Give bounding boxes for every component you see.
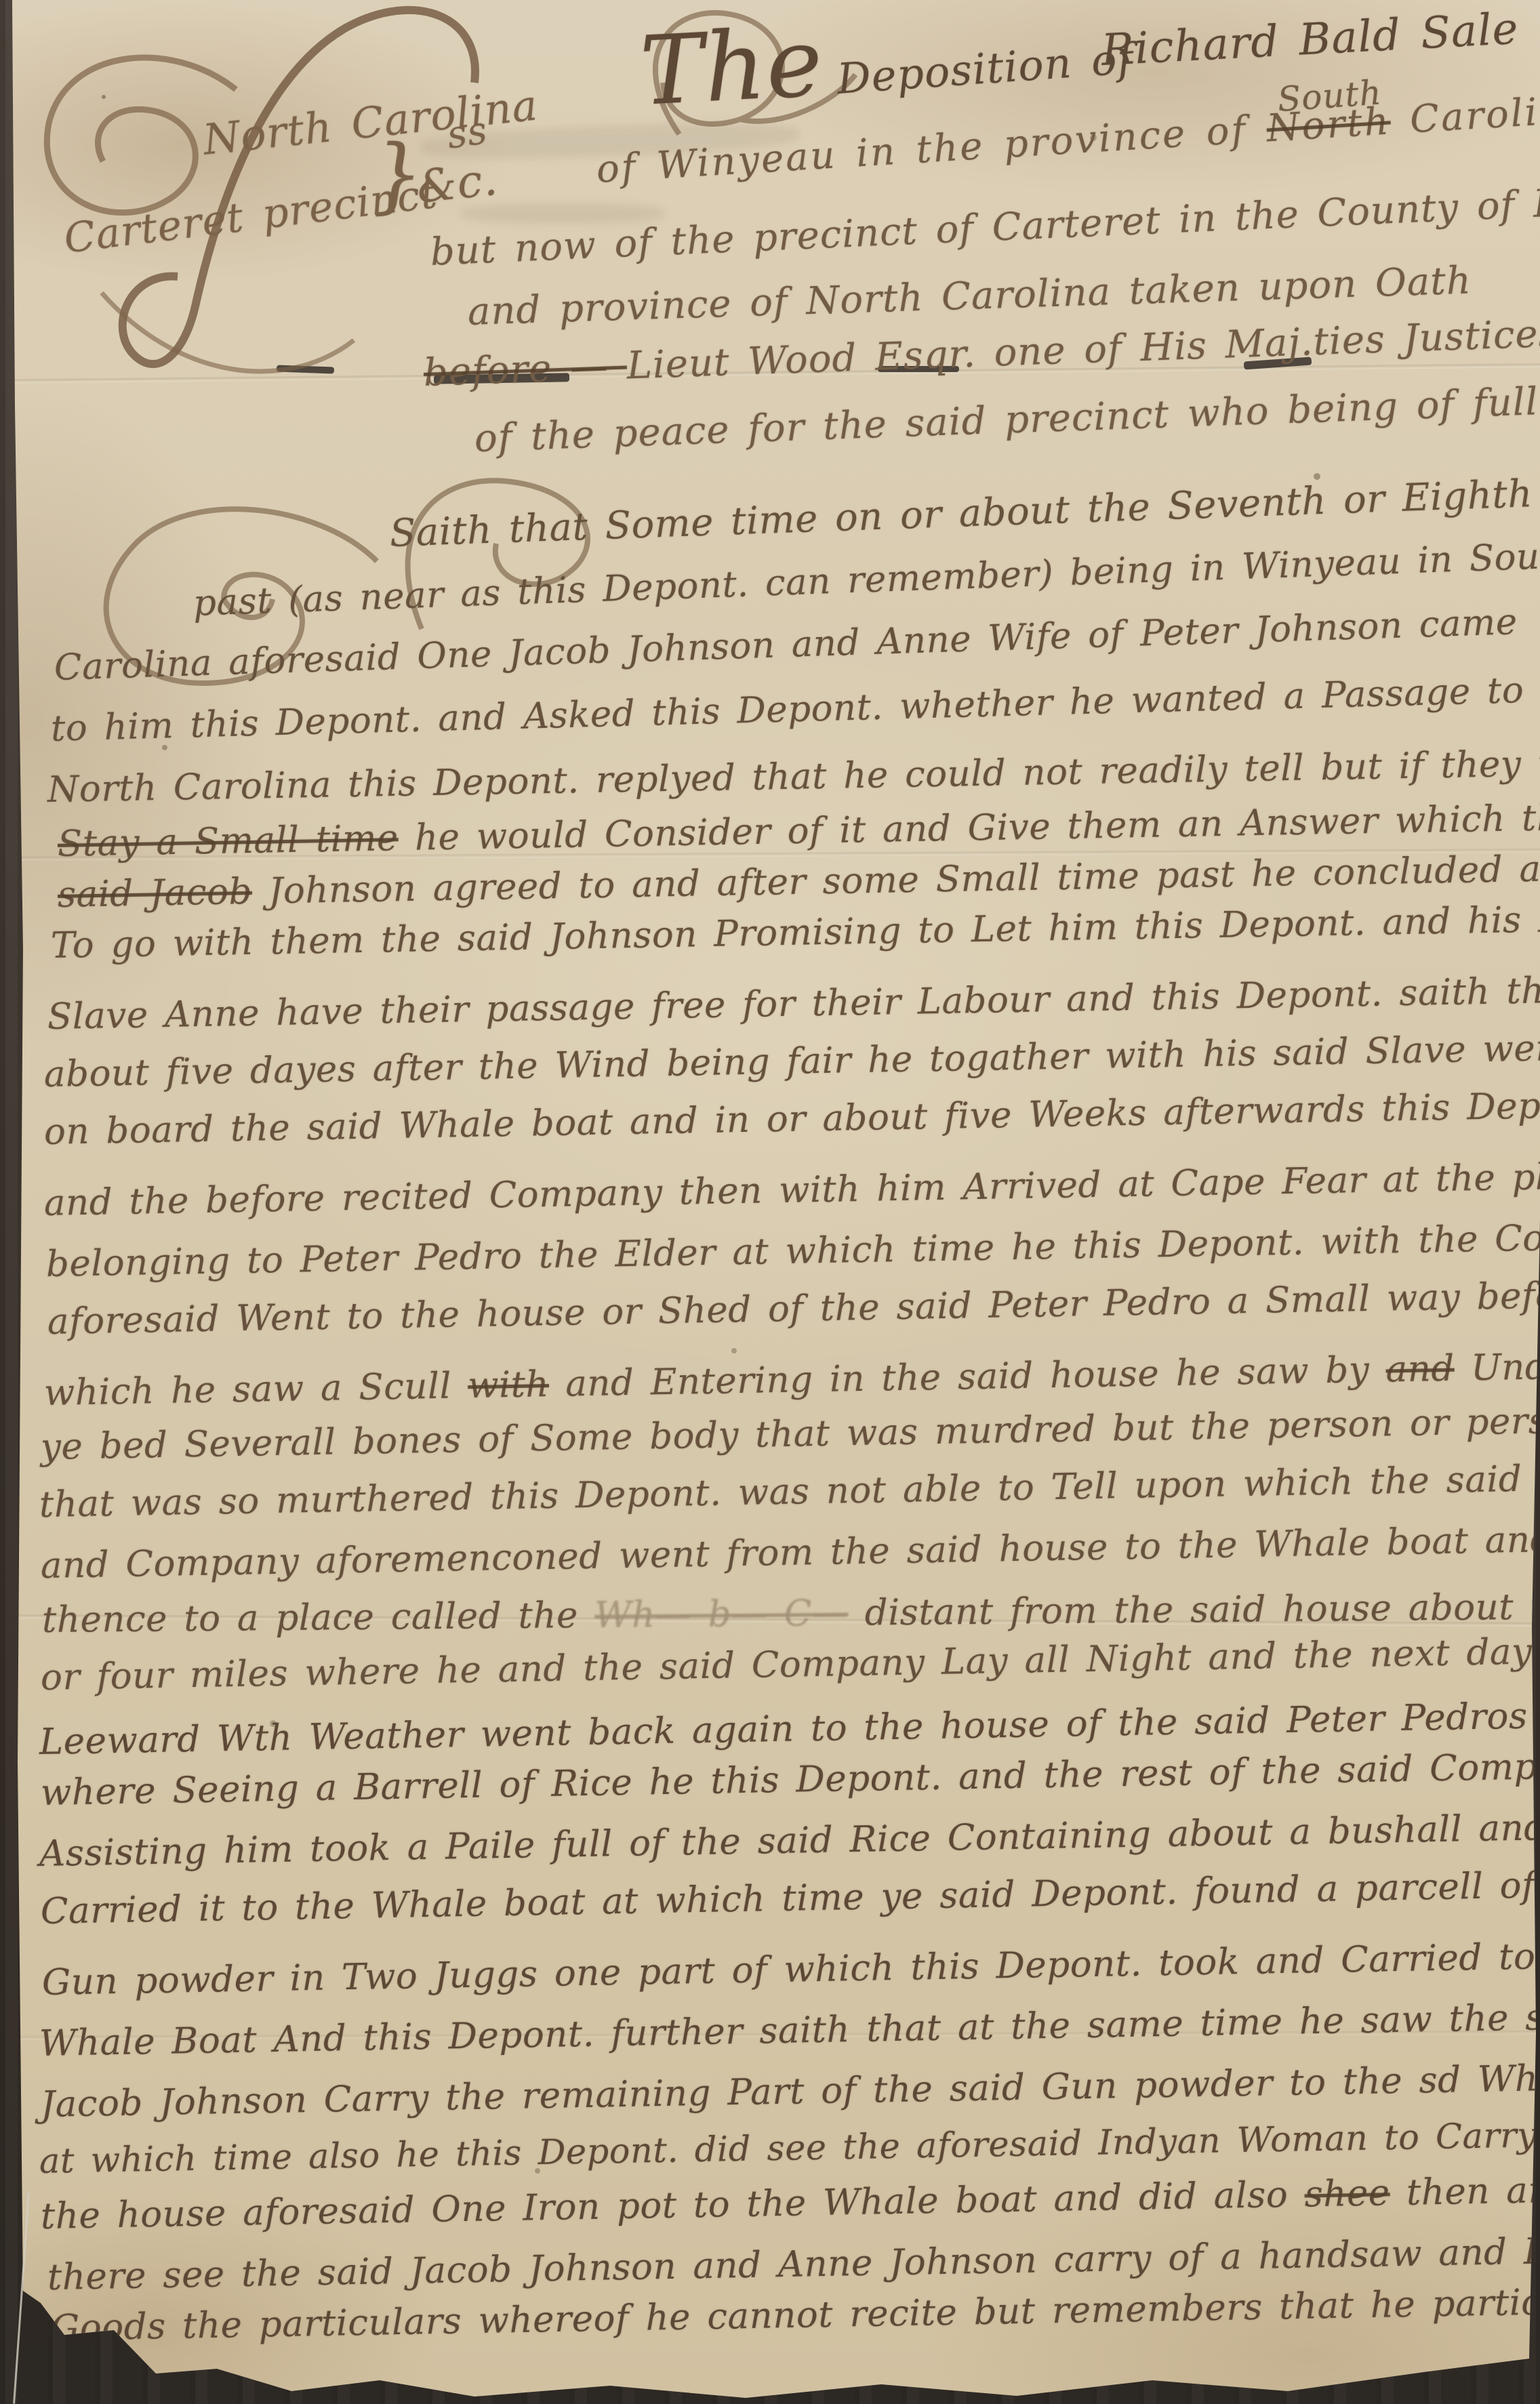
line-text: Slave Anne have their passage free for t…	[47, 969, 1540, 1038]
line-text: distant from the said house about three	[848, 1586, 1540, 1634]
struck-word: and	[1385, 1348, 1455, 1391]
struck-word: shee	[1304, 2172, 1390, 2215]
line-text: and Entering in the said house he saw by	[548, 1349, 1386, 1405]
manuscript-line: aforesaid Went to the house or Shed of t…	[47, 1274, 1540, 1343]
line-text: the house aforesaid One Iron pot to the …	[40, 2174, 1305, 2237]
line-text: Gun powder in Two Juggs one part of whic…	[41, 1935, 1540, 2003]
struck-word: with	[468, 1364, 550, 1406]
line-text: which he saw a Scull	[43, 1365, 468, 1414]
paper-tear	[277, 365, 334, 374]
manuscript-line: Saith that Some time on or about the Sev…	[389, 458, 1540, 556]
heading-the: The	[638, 7, 826, 127]
manuscript-line: or four miles where he and the said Comp…	[40, 1629, 1540, 1698]
heading-deposition-of: Deposition of	[835, 34, 1135, 104]
ink-bleed-smudge	[461, 203, 664, 224]
line-text: Carried it to the Whale boat at which ti…	[40, 1865, 1535, 1932]
stray-thread	[13, 2193, 30, 2403]
heading-line-6: of the peace for the said precinct who b…	[474, 376, 1540, 461]
margin-precinct-text: Carteret precinct	[62, 170, 441, 263]
manuscript-line: thence to a place called the Wh— b— C— d…	[42, 1586, 1540, 1641]
manuscript-line: Assisting him took a Paile full of the s…	[39, 1807, 1540, 1875]
line-text: or four miles where he and the said Comp…	[40, 1629, 1540, 1698]
manuscript-line: and the before recited Company then with…	[43, 1154, 1540, 1223]
manuscript-line: the house aforesaid One Iron pot to the …	[40, 2169, 1540, 2237]
manuscript-line: which he saw a Scull with and Entering i…	[43, 1343, 1540, 1414]
ss-mark-text: ss	[444, 108, 490, 158]
line-text: Assisting him took a Paile full of the s…	[39, 1807, 1540, 1875]
manuscript-line: at which time also he this Depont. did s…	[39, 2113, 1540, 2182]
manuscript-line: and Company aforemenconed went from the …	[40, 1517, 1540, 1587]
heading-line6-text: of the peace for the said precinct who b…	[474, 376, 1540, 461]
manuscript-line: Slave Anne have their passage free for t…	[47, 969, 1540, 1038]
line-text: on board the said Whale boat and in or a…	[43, 1084, 1540, 1153]
struck-word: before —	[423, 344, 628, 395]
manuscript-paper: North Carolina ss } &c. Carteret precinc…	[0, 0, 1540, 2404]
heading-line-3: but now of the precinct of Carteret in t…	[430, 178, 1540, 274]
heading-deposition-text: Deposition of	[835, 34, 1135, 104]
heading-deponent-name: Richard Bald Sale	[1100, 4, 1520, 76]
deponent-name-text: Richard Bald Sale	[1100, 4, 1520, 76]
struck-phrase: said Jacob	[57, 871, 252, 916]
manuscript-line: Gun powder in Two Juggs one part of whic…	[41, 1935, 1540, 2003]
flourish-precinct-swash	[102, 293, 354, 371]
manuscript-line: belonging to Peter Pedro the Elder at wh…	[45, 1215, 1540, 1285]
heading-line2-text: Carolina	[1389, 87, 1540, 143]
margin-ss-mark: ss	[444, 108, 490, 158]
line-text: that was so murthered this Depont. was n…	[39, 1456, 1540, 1526]
line-text: then and	[1390, 2169, 1540, 2214]
line-text: Jacob Johnson Carry the remaining Part o…	[40, 2055, 1540, 2125]
heading-the-text: The	[638, 7, 826, 127]
struck-word: North	[1265, 99, 1392, 150]
manuscript-line: that was so murthered this Depont. was n…	[39, 1456, 1540, 1526]
line-text: and Company aforemenconed went from the …	[40, 1517, 1540, 1587]
line-text: belonging to Peter Pedro the Elder at wh…	[45, 1215, 1540, 1285]
illegible-damaged-text: Wh— b— C—	[594, 1593, 849, 1636]
manuscript-line: Jacob Johnson Carry the remaining Part o…	[40, 2055, 1540, 2125]
line-text: at which time also he this Depont. did s…	[39, 2113, 1540, 2182]
line-text: Whale Boat And this Depont. further sait…	[39, 1996, 1540, 2064]
manuscript-line: Carried it to the Whale boat at which ti…	[40, 1865, 1535, 1932]
line-text: aforesaid Went to the house or Shed of t…	[47, 1274, 1540, 1343]
line-text: Under or upon	[1454, 1343, 1540, 1389]
line-text: thence to a place called the	[42, 1595, 595, 1641]
ink-specks	[102, 95, 106, 99]
line-text: about five dayes after the Wind being fa…	[43, 1027, 1540, 1095]
struck-phrase: Stay a Small time	[57, 817, 399, 865]
heading-line3-text: but now of the precinct of Carteret in t…	[430, 178, 1540, 274]
line-text: and the before recited Company then with…	[43, 1154, 1540, 1223]
manuscript-line: North Carolina this Depont. replyed that…	[47, 741, 1540, 811]
margin-precinct-label: Carteret precinct	[62, 170, 441, 263]
manuscript-line: Whale Boat And this Depont. further sait…	[39, 1996, 1540, 2064]
manuscript-line: about five dayes after the Wind being fa…	[43, 1027, 1540, 1095]
manuscript-line: on board the said Whale boat and in or a…	[43, 1084, 1540, 1153]
line-text: North Carolina this Depont. replyed that…	[47, 741, 1540, 811]
line-text: Saith that Some time on or about the Sev…	[389, 458, 1540, 556]
manuscript-photo: North Carolina ss } &c. Carteret precinc…	[0, 0, 1540, 2404]
